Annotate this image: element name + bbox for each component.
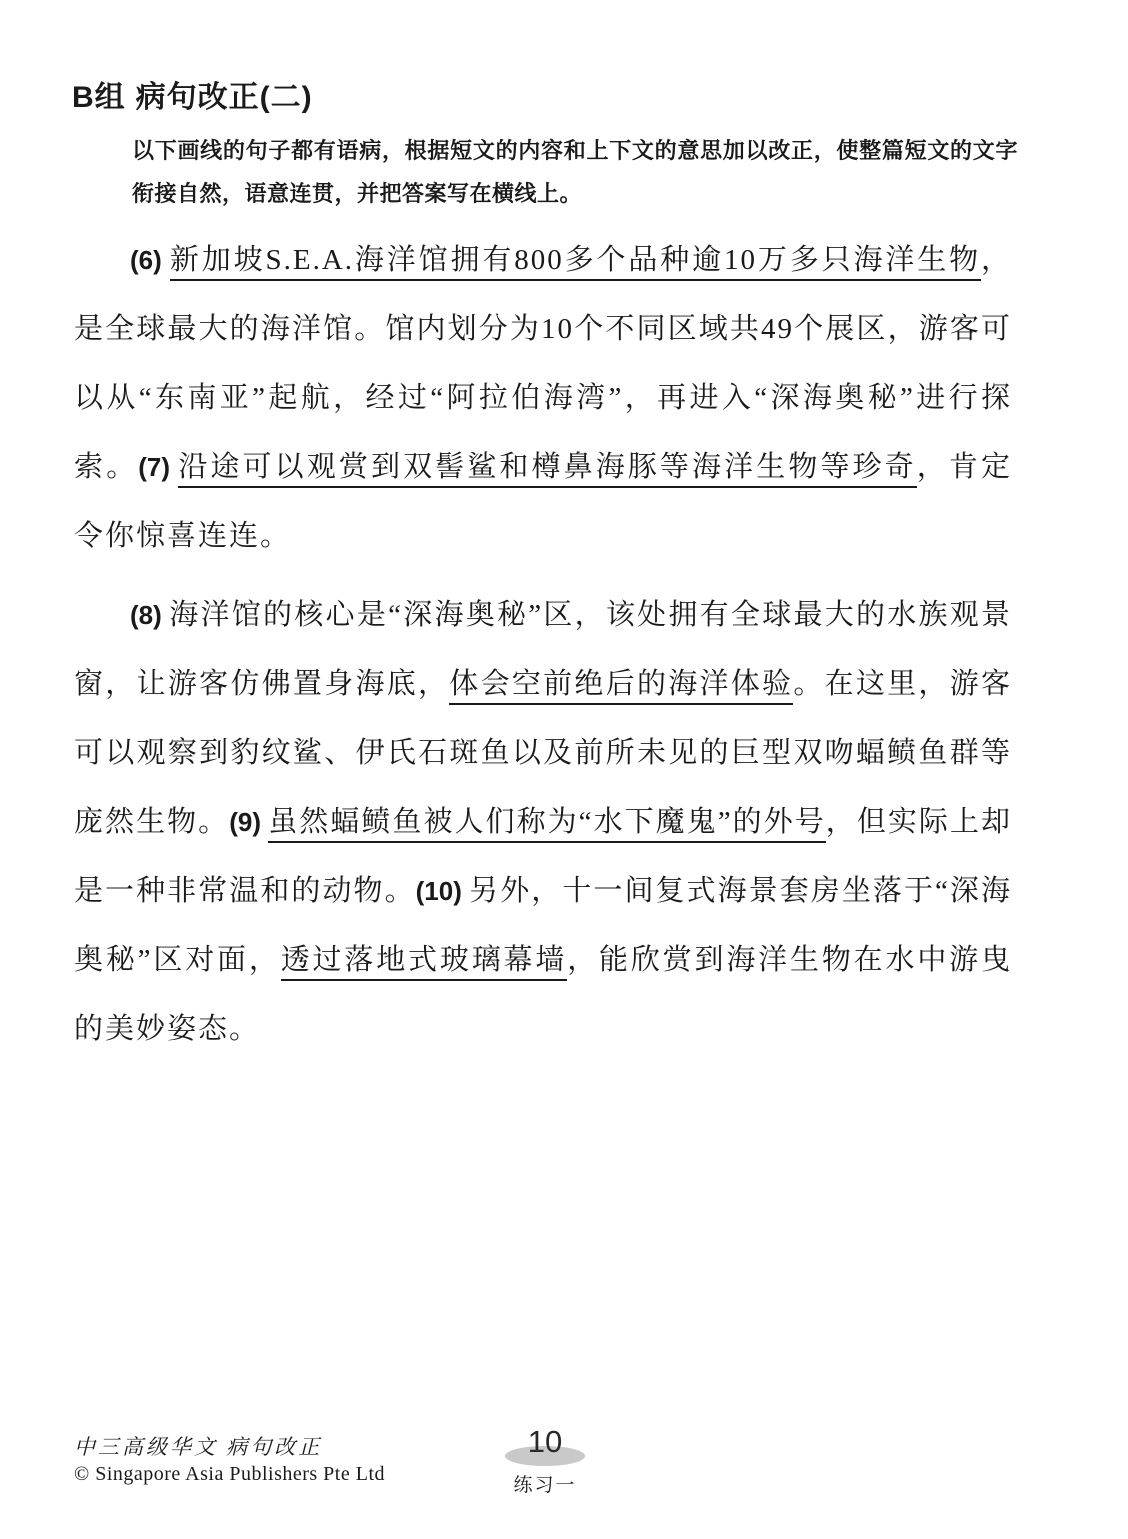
section-label: B组 (72, 81, 126, 114)
passage-paragraph: (8) 海洋馆的核心是“深海奥秘”区，该处拥有全球最大的水族观景窗，让游客仿佛置… (74, 581, 1012, 1064)
passage-paragraph: (6) 新加坡S.E.A.海洋馆拥有800多个品种逾10万多只海洋生物，是全球最… (74, 226, 1012, 571)
book-title: 中三高级华文 病句改正 (74, 1434, 385, 1461)
page-number: 10 (495, 1426, 595, 1458)
underlined-phrase: 透过落地式玻璃幕墙 (281, 944, 567, 981)
sentence-number: (9) (229, 807, 268, 837)
underlined-phrase: 新加坡S.E.A.海洋馆拥有800多个品种逾10万多只海洋生物 (170, 244, 981, 281)
section-title: 病句改正(二) (136, 81, 313, 114)
section-heading: B组病句改正(二) (72, 78, 313, 118)
sentence-number: (7) (138, 452, 178, 482)
underlined-phrase: 虽然蝠鲼鱼被人们称为“水下魔鬼”的外号 (268, 806, 826, 843)
copyright-notice: © Singapore Asia Publishers Pte Ltd (74, 1461, 385, 1488)
page-footer: 中三高级华文 病句改正 © Singapore Asia Publishers … (74, 1434, 385, 1488)
page-number-badge: 10 练习一 (495, 1426, 595, 1497)
underlined-phrase: 沿途可以观赏到双髻鲨和樽鼻海豚等海洋生物等珍奇 (178, 451, 916, 488)
sentence-number: (6) (130, 245, 170, 275)
exercise-label: 练习一 (495, 1470, 595, 1497)
sentence-number: (8) (130, 600, 169, 630)
instructions-text: 以下画线的句子都有语病，根据短文的内容和上下文的意思加以改正，使整篇短文的文字衔… (132, 129, 1018, 215)
passage: (6) 新加坡S.E.A.海洋馆拥有800多个品种逾10万多只海洋生物，是全球最… (74, 226, 1012, 1064)
underlined-phrase: 体会空前绝后的海洋体验 (449, 668, 793, 705)
sentence-number: (10) (416, 876, 470, 906)
worksheet-page: B组病句改正(二) 以下画线的句子都有语病，根据短文的内容和上下文的意思加以改正… (0, 0, 1128, 1539)
